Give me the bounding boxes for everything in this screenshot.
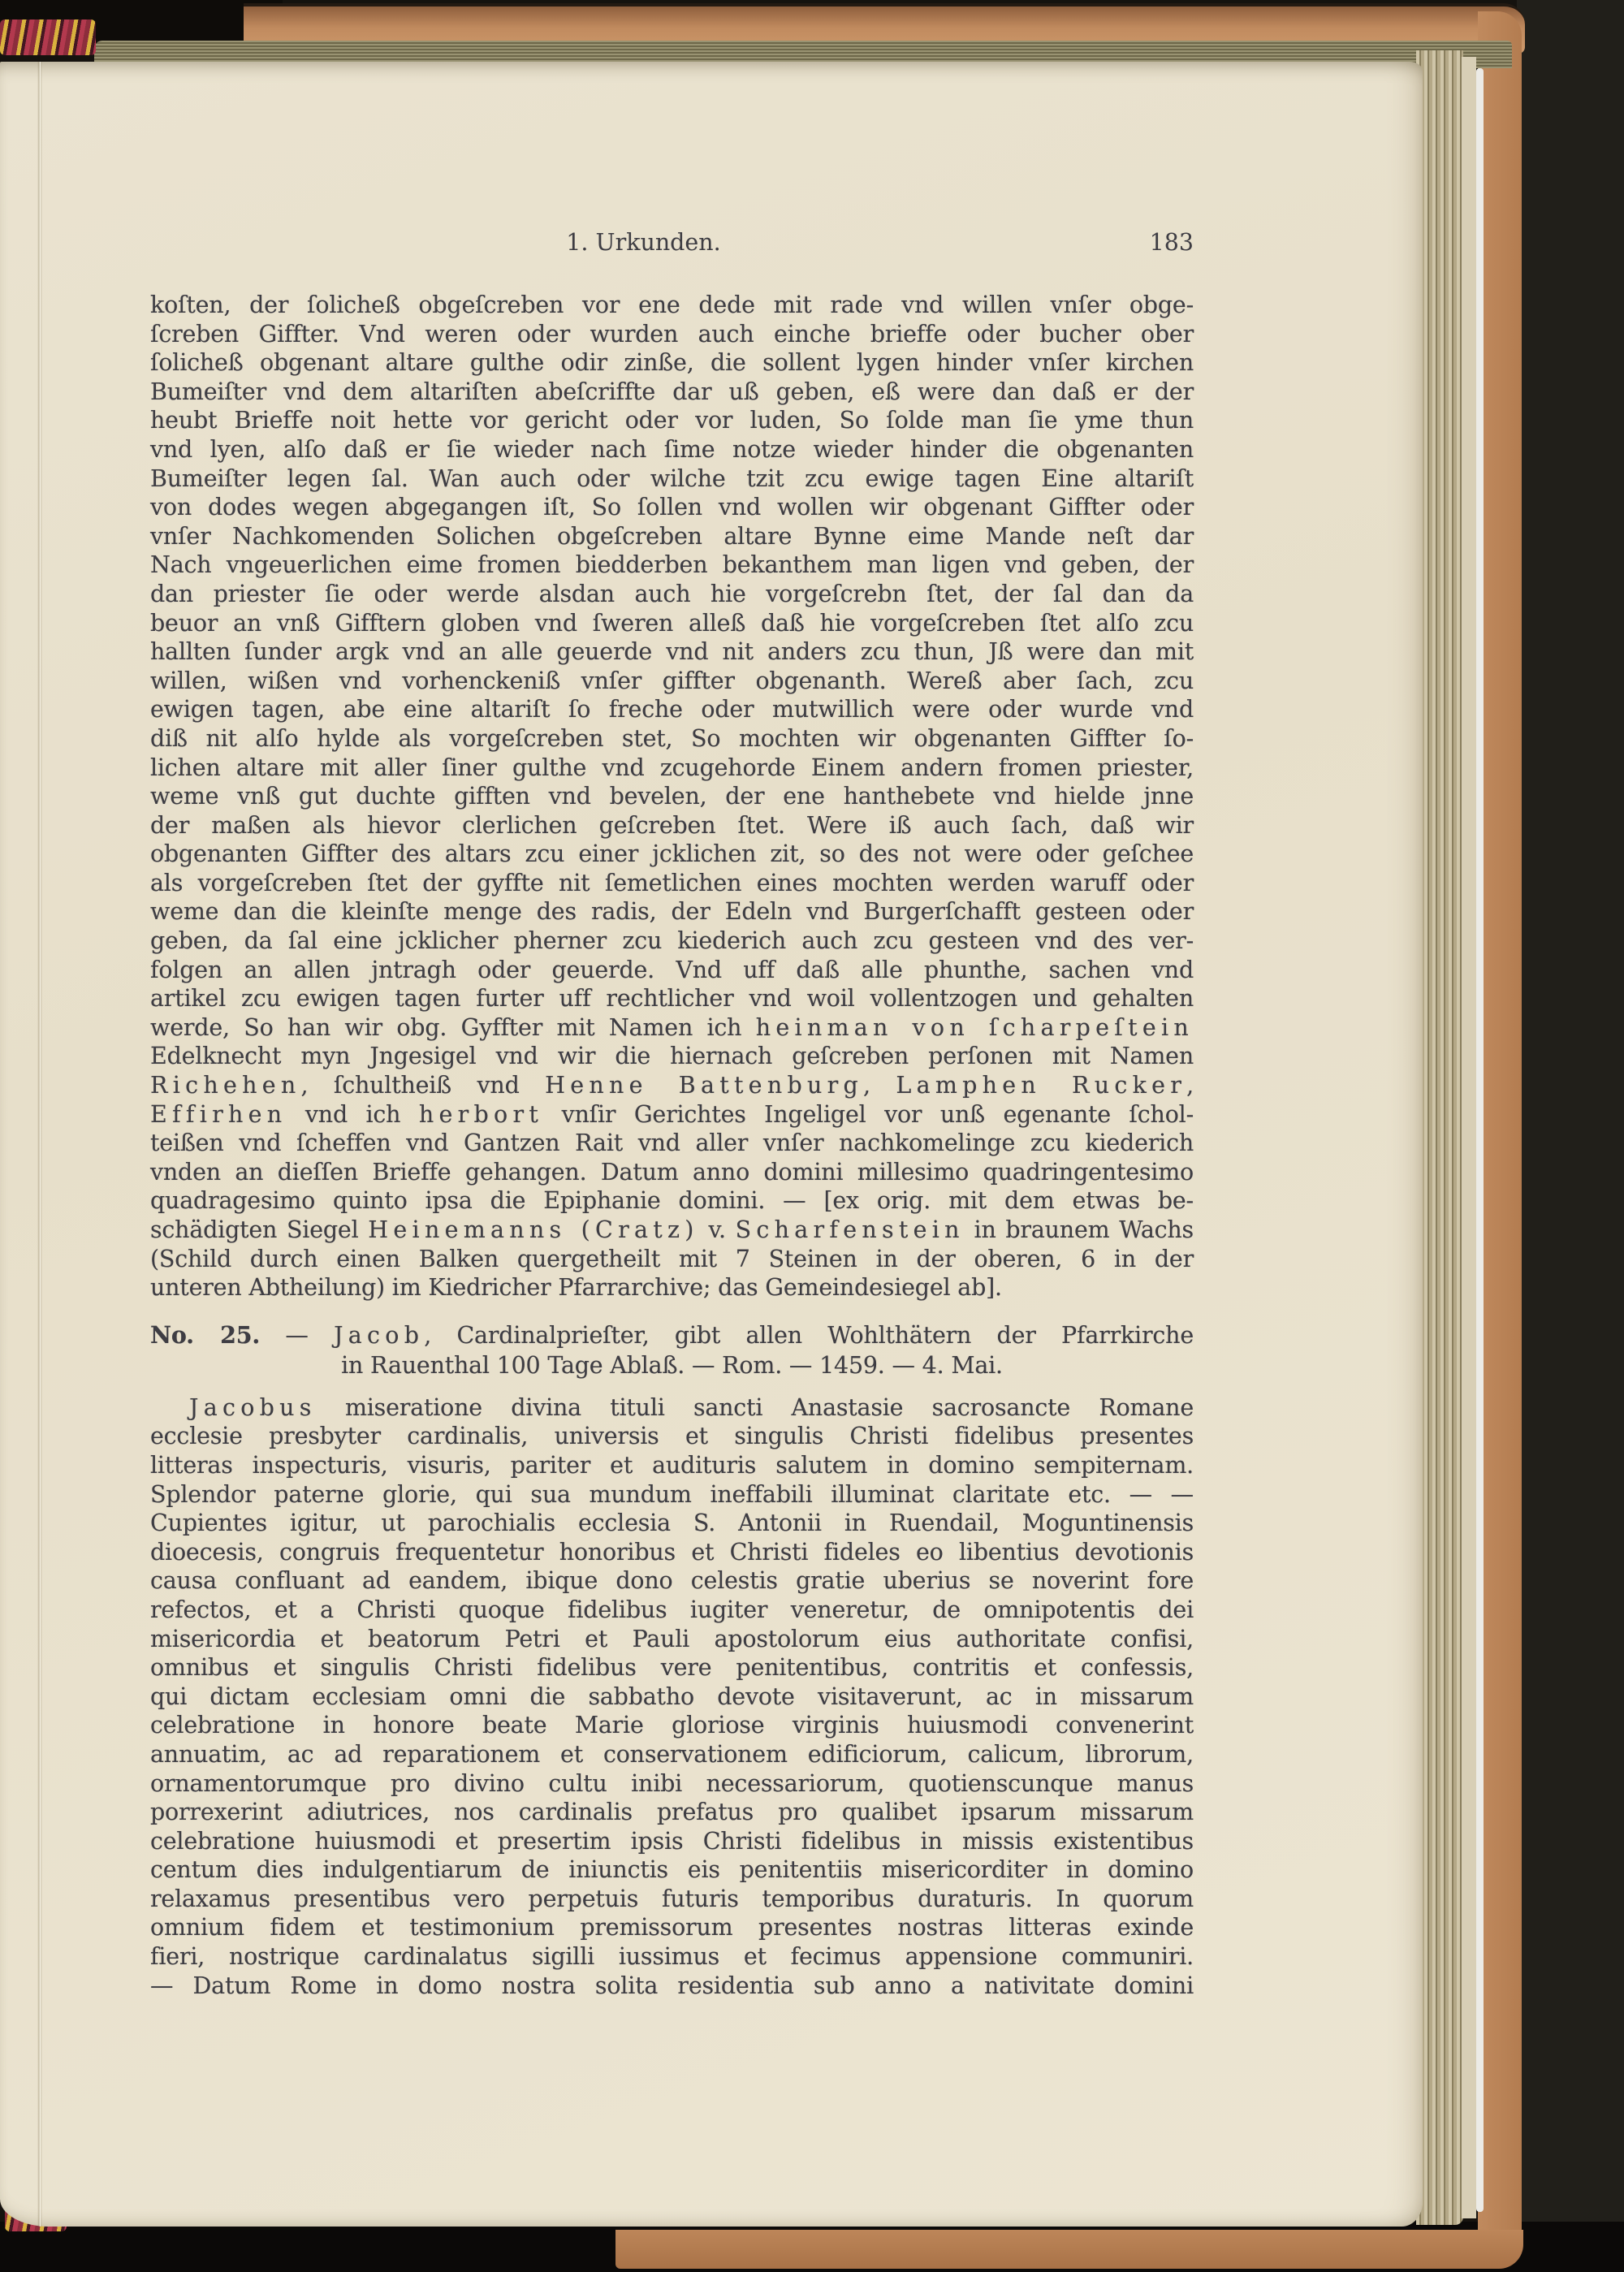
text-line: No. 25. — Jacob, Cardinalprieſter, gibt … [150,1320,1194,1350]
text-line: obgenanten Giffter des altars zcu einer … [150,840,1194,869]
text-line: willen, wißen vnd vorhenckeniß vnſer gif… [150,667,1194,696]
heading-block: No. 25. — Jacob, Cardinalprieſter, gibt … [150,1320,1194,1380]
text-line: ſcreben Giffter. Vnd weren oder wurden a… [150,320,1194,349]
text-line: diß nit alſo hylde als vorgeſcreben stet… [150,724,1194,754]
text-line: heubt Brieffe noit hette vor gericht ode… [150,406,1194,435]
text-line: celebratione huiusmodi et presertim ipsi… [150,1827,1194,1856]
text-line: werde, So han wir obg. Gyffter mit Namen… [150,1013,1194,1043]
text-line: omnibus et singulis Christi fidelibus ve… [150,1653,1194,1682]
photo-background [1517,0,1624,2272]
text-line: porrexerint adiutrices, nos cardinalis p… [150,1798,1194,1827]
text-line: misericordia et beatorum Petri et Pauli … [150,1625,1194,1654]
text-line: dioecesis, congruis frequentetur honorib… [150,1538,1194,1567]
page-marker-strip [1476,68,1484,2212]
running-header: 1. Urkunden. 183 [150,229,1194,258]
text-line: ſolicheß obgenant altare gulthe odir zin… [150,348,1194,378]
text-line: celebratione in honore beate Marie glori… [150,1711,1194,1740]
text-line: relaxamus presentibus vero perpetuis fut… [150,1885,1194,1914]
text-line: quadragesimo quinto ipsa die Epiphanie d… [150,1186,1194,1216]
text-line: weme vnß gut duchte gifften vnd bevelen,… [150,782,1194,811]
text-line: unteren Abtheilung) im Kiedricher Pfarra… [150,1273,1194,1302]
text-line: ewigen tagen, abe eine altariſt ſo frech… [150,695,1194,724]
leather-cover-right-edge [1478,11,1522,2256]
book-page: 1. Urkunden. 183 koſten, der ſolicheß ob… [0,62,1423,2227]
text-line: dan priester ſie oder werde alsdan auch … [150,580,1194,609]
text-line: lichen altare mit aller ſiner gulthe vnd… [150,754,1194,783]
text-line: Splendor paterne glorie, qui sua mundum … [150,1480,1194,1510]
text-line: (Schild durch einen Balken quergetheilt … [150,1245,1194,1274]
text-line: folgen an allen jntragh oder geuerde. Vn… [150,956,1194,985]
text-line: qui dictam ecclesiam omni die sabbatho d… [150,1682,1194,1712]
text-line: vnſer Nachkomenden Solichen obgeſcreben … [150,522,1194,551]
text-line: Bumeiſter legen ſal. Wan auch oder wilch… [150,464,1194,494]
text-line: koſten, der ſolicheß obgeſcreben vor ene… [150,291,1194,320]
text-line: Effirhen vnd ich herbort vnſir Gerichtes… [150,1100,1194,1130]
text-line: Nach vngeuerlichen eime fromen biedderbe… [150,551,1194,580]
page-number: 183 [1150,229,1194,256]
text-line: Richehen, ſchultheiß vnd Henne Battenbur… [150,1071,1194,1100]
text-line: beuor an vnß Gifftern globen vnd ſweren … [150,609,1194,638]
text-line: — Datum Rome in domo nostra solita resid… [150,1972,1194,2001]
text-line: fieri, nostrique cardinalatus sigilli iu… [150,1942,1194,1972]
text-line: litteras inspecturis, visuris, pariter e… [150,1451,1194,1480]
text-line: von dodes wegen abgegangen iſt, So ſolle… [150,493,1194,522]
text-line: teißen vnd ſcheffen vnd Gantzen Rait vnd… [150,1129,1194,1158]
paragraph-block: koſten, der ſolicheß obgeſcreben vor ene… [150,291,1194,1302]
text-line: geben, da ſal eine jcklicher pherner zcu… [150,927,1194,956]
text-line: als vorgeſcreben ſtet der gyffte nit ſem… [150,869,1194,898]
text-line: centum dies indulgentiarum de iniunctis … [150,1855,1194,1885]
text-line: Cupientes igitur, ut parochialis ecclesi… [150,1509,1194,1538]
text-line: omnium fidem et testimonium premissorum … [150,1913,1194,1942]
text-line: annuatim, ac ad reparationem et conserva… [150,1740,1194,1769]
text-line: Edelknecht myn Jngesigel vnd wir die hie… [150,1042,1194,1071]
text-line: ecclesie presbyter cardinalis, universis… [150,1422,1194,1451]
endband-top [0,19,96,55]
text-line: in Rauenthal 100 Tage Ablaß. — Rom. — 14… [150,1350,1194,1380]
page-stack-right-edges [1416,50,1463,2225]
page-stack-right-edges-flat [1462,57,1476,2218]
text-line: schädigten Siegel Heinemanns (Cratz) v. … [150,1216,1194,1245]
page-text: koſten, der ſolicheß obgeſcreben vor ene… [150,291,1194,2000]
text-line: Jacobus miseratione divina tituli sancti… [150,1393,1194,1423]
page-crease-line [37,62,42,2227]
text-line: der maßen als hievor clerlichen geſcrebe… [150,811,1194,840]
running-header-title: 1. Urkunden. [150,229,1137,256]
text-line: hallten ſunder argk vnd an alle geuerde … [150,637,1194,667]
text-line: ornamentorumque pro divino cultu inibi n… [150,1769,1194,1799]
text-line: causa confluant ad eandem, ibique dono c… [150,1566,1194,1596]
paragraph-block: Jacobus miseratione divina tituli sancti… [150,1393,1194,2000]
text-line: vnden an dieſſen Brieffe gehangen. Datum… [150,1158,1194,1187]
leather-cover-bottom-edge [615,2230,1523,2269]
text-line: refectos, et a Christi quoque fidelibus … [150,1596,1194,1625]
text-line: artikel zcu ewigen tagen furter uff rech… [150,984,1194,1013]
text-line: vnd lyen, alſo daß er ſie wieder nach ſi… [150,435,1194,464]
text-line: weme dan die kleinſte menge des radis, d… [150,897,1194,927]
text-line: Bumeiſter vnd dem altariſten abeſcriffte… [150,378,1194,407]
